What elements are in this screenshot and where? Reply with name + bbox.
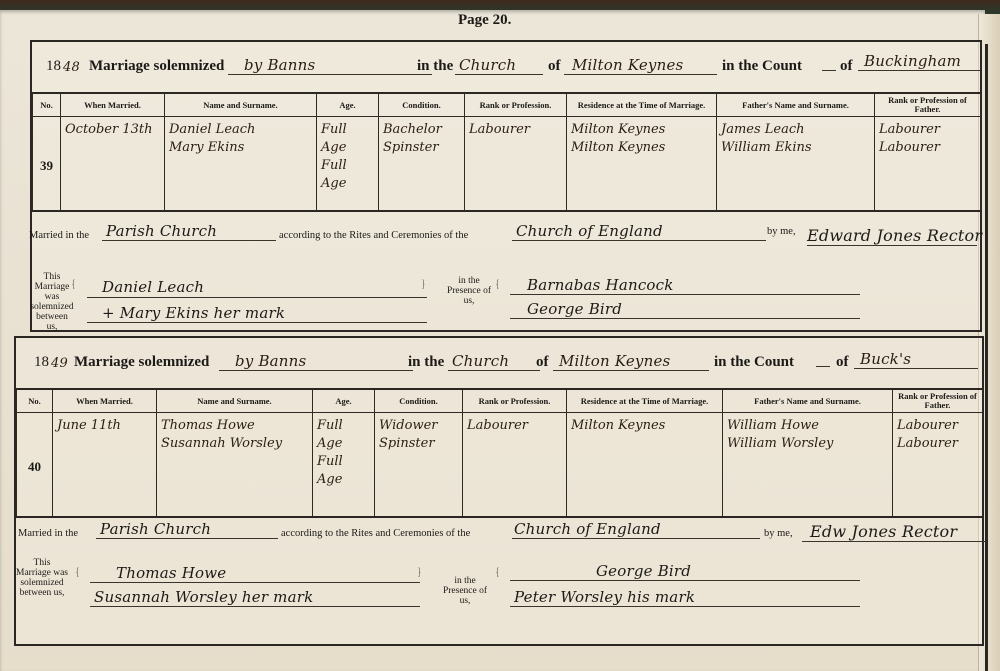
of-label: of (548, 58, 561, 75)
names: Daniel LeachMary Ekins (165, 117, 317, 211)
solemnized-by: by Banns (219, 352, 413, 371)
solemnized-between-label: This Marriage was solemnized between us, (30, 272, 74, 332)
page-number: Page 20. (458, 12, 511, 29)
entry-footer: Married in the Parish Church according t… (16, 516, 982, 644)
father-names: William HoweWilliam Worsley (723, 413, 893, 517)
conditions: BachelorSpinster (379, 117, 465, 211)
col-father-rank: Rank or Profession of Father. (875, 93, 981, 117)
ages: Full AgeFull Age (317, 117, 379, 211)
col-father-name: Father's Name and Surname. (717, 93, 875, 117)
of-county-label: of (836, 354, 849, 371)
col-rank: Rank or Profession. (465, 93, 567, 117)
married-in-label: Married in the (18, 528, 78, 539)
marriage-solemnized-label: Marriage solemnized (74, 354, 209, 371)
year-suffix: 49 (51, 356, 68, 371)
marriage-entry-39: 18 48 Marriage solemnized by Banns in th… (30, 40, 982, 332)
parish: Milton Keynes (553, 352, 709, 371)
year-prefix: 18 (46, 58, 61, 75)
col-when-married: When Married. (61, 93, 165, 117)
signature-bride: Susannah Worsley her mark (94, 588, 313, 606)
by-me-label: by me, (767, 226, 796, 237)
officiant: Edward Jones Rector (807, 226, 977, 246)
presence-label: in the Presence of us, (440, 576, 490, 606)
married-in-label: Married in the (29, 230, 89, 241)
col-residence: Residence at the Time of Marriage. (567, 389, 723, 413)
married-in: Parish Church (102, 222, 276, 241)
according-label: according to the Rites and Ceremonies of… (279, 230, 468, 241)
marriage-entry-40: 18 49 Marriage solemnized by Banns in th… (14, 336, 984, 646)
col-condition: Condition. (375, 389, 463, 413)
residences: Milton KeynesMilton Keynes (567, 117, 717, 211)
entry-footer: Married in the Parish Church according t… (32, 210, 980, 330)
solemnized-by: by Banns (228, 56, 432, 75)
ages: Full AgeFull Age (313, 413, 375, 517)
conditions: WidowerSpinster (375, 413, 463, 517)
residences: Milton Keynes (567, 413, 723, 517)
table-row: 39 October 13th Daniel LeachMary Ekins F… (33, 117, 981, 211)
col-no: No. (17, 389, 53, 413)
col-condition: Condition. (379, 93, 465, 117)
names: Thomas HoweSusannah Worsley (157, 413, 313, 517)
county: Buckingham (858, 52, 980, 71)
entry-headline: 18 48 Marriage solemnized by Banns in th… (32, 42, 980, 92)
rites: Church of England (512, 222, 766, 241)
church-type: Church (455, 56, 543, 75)
witness-1: George Bird (596, 562, 691, 580)
col-father-rank: Rank or Profession of Father. (893, 389, 983, 413)
solemnized-between-label: This Marriage was solemnized between us, (16, 558, 68, 598)
rites: Church of England (512, 520, 760, 539)
county-label: in the Count (722, 58, 802, 75)
entry-headline: 18 49 Marriage solemnized by Banns in th… (16, 338, 982, 388)
register-table: No. When Married. Name and Surname. Age.… (16, 388, 983, 517)
officiant: Edw Jones Rector (802, 522, 986, 542)
in-the-label: in the (417, 58, 453, 75)
ranks: Labourer (465, 117, 567, 211)
by-me-label: by me, (764, 528, 793, 539)
father-names: James LeachWilliam Ekins (717, 117, 875, 211)
signature-bride: + Mary Ekins her mark (102, 304, 285, 322)
signature-groom: Thomas Howe (116, 564, 226, 582)
of-county-label: of (840, 58, 853, 75)
of-label: of (536, 354, 549, 371)
year-prefix: 18 (34, 354, 49, 371)
witness-2: George Bird (527, 300, 622, 318)
county-label: in the Count (714, 354, 794, 371)
in-the-label: in the (408, 354, 444, 371)
according-label: according to the Rites and Ceremonies of… (281, 528, 470, 539)
married-in: Parish Church (96, 520, 278, 539)
col-name: Name and Surname. (157, 389, 313, 413)
col-residence: Residence at the Time of Marriage. (567, 93, 717, 117)
county: Buck's (854, 350, 978, 369)
col-age: Age. (313, 389, 375, 413)
when-married: October 13th (61, 117, 165, 211)
col-name: Name and Surname. (165, 93, 317, 117)
when-married: June 11th (53, 413, 157, 517)
ranks: Labourer (463, 413, 567, 517)
father-ranks: LabourerLabourer (893, 413, 983, 517)
year-suffix: 48 (63, 60, 80, 75)
father-ranks: LabourerLabourer (875, 117, 981, 211)
parish: Milton Keynes (564, 56, 717, 75)
church-type: Church (448, 352, 540, 371)
col-father-name: Father's Name and Surname. (723, 389, 893, 413)
col-when-married: When Married. (53, 389, 157, 413)
register-table: No. When Married. Name and Surname. Age.… (32, 92, 981, 211)
entry-number: 39 (33, 117, 61, 211)
marriage-solemnized-label: Marriage solemnized (89, 58, 224, 75)
col-no: No. (33, 93, 61, 117)
witness-2: Peter Worsley his mark (514, 588, 695, 606)
presence-label: in the Presence of us, (444, 276, 494, 306)
col-age: Age. (317, 93, 379, 117)
signature-groom: Daniel Leach (102, 278, 204, 296)
witness-1: Barnabas Hancock (527, 276, 674, 294)
entry-number: 40 (17, 413, 53, 517)
col-rank: Rank or Profession. (463, 389, 567, 413)
table-row: 40 June 11th Thomas HoweSusannah Worsley… (17, 413, 983, 517)
